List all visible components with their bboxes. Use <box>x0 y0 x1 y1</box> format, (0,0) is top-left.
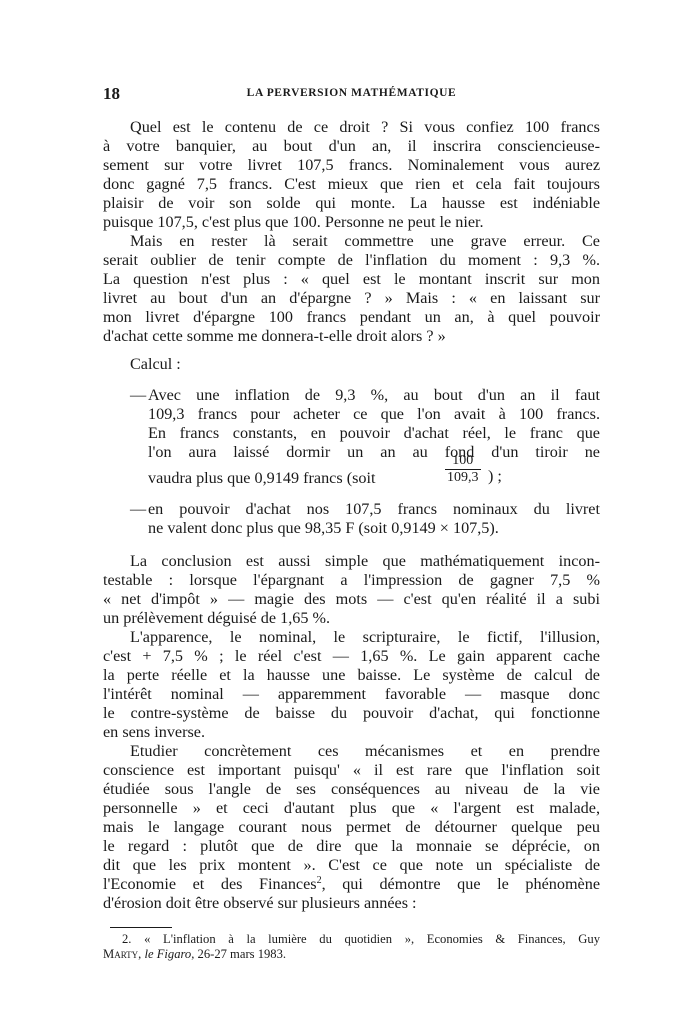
list-dash: — <box>130 500 150 519</box>
paragraph-3-line: un prélèvement déguisé de 1,65 %. <box>103 609 600 628</box>
paragraph-2-line: serait oublier de tenir compte de l'infl… <box>103 251 600 270</box>
paragraph-4-line: le contre-système de baisse du pouvoir d… <box>103 704 600 723</box>
calcul-item-2-line: ne valent donc plus que 98,35 F (soit 0,… <box>148 519 600 538</box>
paragraph-3-line: La conclusion est aussi simple que mathé… <box>130 552 600 571</box>
footnote-publication: le Figaro <box>144 947 191 961</box>
paragraph-4-line: c'est + 7,5 % ; le réel c'est — 1,65 %. … <box>103 647 600 666</box>
paragraph-4-line: l'intérêt nominal — apparemment favorabl… <box>103 685 600 704</box>
paragraph-4-line: la perte réelle et la hausse une baisse.… <box>103 666 600 685</box>
paragraph-5-line: l'Economie et des Finances2, qui démontr… <box>103 875 600 894</box>
paragraph-5-line: dit que les prix montent ». C'est ce que… <box>103 856 600 875</box>
paragraph-2-line: d'achat cette somme me donnera-t-elle dr… <box>103 327 600 346</box>
paragraph-5-line: étudiée sous l'angle de ses conséquences… <box>103 780 600 799</box>
fraction-100-over-109-3: 100 109,3 <box>445 454 481 485</box>
fraction-numerator: 100 <box>445 454 481 469</box>
calcul-item-1-line: vaudra plus que 0,9149 francs (soit <box>148 469 375 488</box>
paragraph-4-line: en sens inverse. <box>103 723 600 742</box>
calcul-item-1-line: 109,3 francs pour acheter ce que l'on av… <box>148 405 600 424</box>
paragraph-2-line: La question n'est plus : « quel est le m… <box>103 270 600 289</box>
paragraph-1-line: donc gagné 7,5 francs. C'est mieux que r… <box>103 175 600 194</box>
paragraph-2-line: livret au bout d'un an d'épargne ? » Mai… <box>103 289 600 308</box>
footnote-line: Marty, le Figaro, 26-27 mars 1983. <box>103 947 600 962</box>
book-page: 18 LA PERVERSION MATHÉMATIQUE Quel est l… <box>0 0 698 1024</box>
paragraph-3-line: testable : lorsque l'épargnant a l'impre… <box>103 571 600 590</box>
line-text: l'Economie et des Finances <box>103 875 317 893</box>
calcul-item-1-end: ) ; <box>488 467 502 486</box>
paragraph-5-line: Etudier concrètement ces mécanismes et e… <box>130 742 600 761</box>
calcul-item-1-line: Avec une inflation de 9,3 %, au bout d'u… <box>148 386 600 405</box>
paragraph-5-line: conscience est important puisqu' « il es… <box>103 761 600 780</box>
paragraph-1-line: à votre banquier, au bout d'un an, il in… <box>103 137 600 156</box>
footnote-author: Marty <box>103 947 138 961</box>
paragraph-1-line: Quel est le contenu de ce droit ? Si vou… <box>130 118 600 137</box>
paragraph-1-line: sement sur votre livret 107,5 francs. No… <box>103 156 600 175</box>
footnote-date: , 26-27 mars 1983. <box>191 947 286 961</box>
paragraph-5-line: d'érosion doit être observé sur plusieur… <box>103 894 600 913</box>
paragraph-3-line: « net d'impôt » — magie des mots — c'est… <box>103 590 600 609</box>
paragraph-4-line: L'apparence, le nominal, le scripturaire… <box>130 628 600 647</box>
footnote-rule <box>110 927 172 928</box>
page-header: 18 LA PERVERSION MATHÉMATIQUE <box>103 84 600 104</box>
calcul-item-2-line: en pouvoir d'achat nos 107,5 francs nomi… <box>148 500 600 519</box>
paragraph-1-line: plaisir de voir son solde qui monte. La … <box>103 194 600 213</box>
running-title: LA PERVERSION MATHÉMATIQUE <box>103 87 600 99</box>
paragraph-1-line: puisque 107,5, c'est plus que 100. Perso… <box>103 213 600 232</box>
paragraph-5-line: le regard : plutôt que de dire que la mo… <box>103 837 600 856</box>
paragraph-2-line: Mais en rester là serait commettre une g… <box>130 232 600 251</box>
calcul-item-1-line: En francs constants, en pouvoir d'achat … <box>148 424 600 443</box>
footnote-line: 2. « L'inflation à la lumière du quotidi… <box>122 932 600 947</box>
fraction-denominator: 109,3 <box>445 469 481 485</box>
calcul-item-1-line: l'on aura laissé dormir un an au fond d'… <box>148 443 600 462</box>
paragraph-5-line: mais le langage courant nous permet de d… <box>103 818 600 837</box>
paragraph-2-line: mon livret d'épargne 100 francs pendant … <box>103 308 600 327</box>
list-dash: — <box>130 386 150 405</box>
paragraph-5-line: personnelle » et ceci d'autant plus que … <box>103 799 600 818</box>
line-text: , qui démontre que le phénomène <box>322 875 600 893</box>
calcul-heading: Calcul : <box>130 355 181 374</box>
